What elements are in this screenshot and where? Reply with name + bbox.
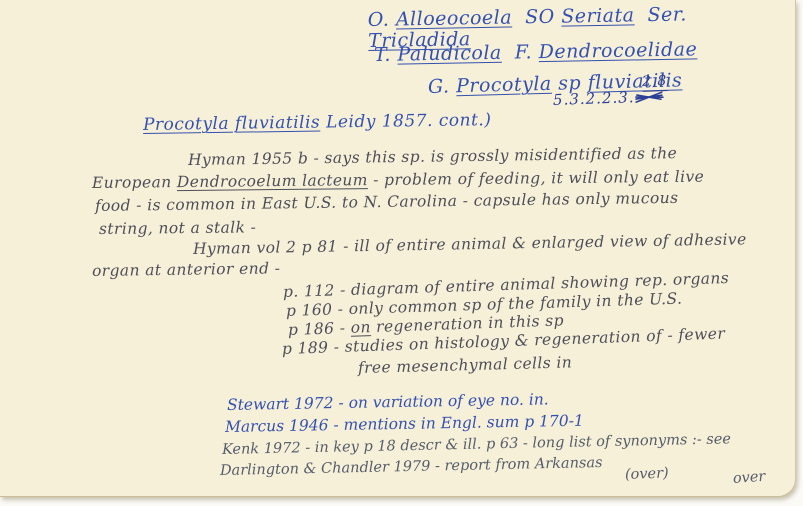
reference-line-marcus: Marcus 1946 - mentions in Engl. sum p 17…: [225, 413, 584, 436]
underlined-text: Seriata: [561, 4, 635, 27]
catalog-revision: 2,8: [642, 74, 668, 92]
note-line: Hyman 1955 b - says this sp. is grossly …: [188, 145, 677, 169]
underlined-text: Alloeocoela: [396, 6, 513, 30]
underlined-text: on: [350, 318, 371, 337]
note-line: free mesenchymal cells in: [358, 354, 573, 377]
taxonomy-tribe-line: T. Paludicola F. Dendrocoelidae: [374, 39, 698, 66]
note-line: string, not a stalk -: [99, 219, 256, 238]
underlined-text: Paludicola: [397, 42, 502, 66]
reference-line-darlington: Darlington & Chandler 1979 - report from…: [220, 456, 603, 480]
catalog-number-text: 5.3.2.2.3.: [553, 88, 635, 109]
scribble-strikethrough-icon: 2,8: [634, 89, 664, 104]
text-segment: Leidy 1857. cont.): [320, 110, 491, 132]
reference-line-kenk: Kenk 1972 - in key p 18 descr & ill. p 6…: [222, 432, 731, 459]
text-segment: European: [92, 173, 177, 192]
underlined-text: Dendrocoelum lacteum: [177, 171, 368, 191]
note-line: European Dendrocoelum lacteum - problem …: [92, 169, 704, 192]
index-card: O. Alloeocoela SO Seriata Ser. Tricladid…: [0, 0, 796, 497]
text-segment: T.: [374, 44, 398, 66]
underlined-text: Procotyla fluviatilis: [143, 113, 320, 135]
note-line: food - is common in East U.S. to N. Caro…: [95, 190, 679, 215]
text-segment: p 186 -: [288, 319, 351, 339]
underlined-text: Dendrocoelidae: [538, 38, 697, 63]
text-segment: Ser.: [634, 3, 693, 26]
card-title: Procotyla fluviatilis Leidy 1857. cont.): [143, 111, 492, 135]
catalog-number: 5.3.2.2.3.2,8: [553, 88, 665, 108]
text-segment: G.: [428, 75, 457, 98]
see-over-annotation: over: [732, 470, 765, 488]
text-segment: SO: [512, 6, 562, 29]
note-line: Hyman vol 2 p 81 - ill of entire animal …: [193, 231, 747, 258]
underlined-text: Procotyla: [456, 73, 552, 97]
reference-line-stewart: Stewart 1972 - on variation of eye no. i…: [227, 391, 549, 414]
text-segment: - problem of feeding, it will only eat l…: [368, 168, 704, 190]
text-segment: O.: [368, 9, 396, 31]
text-segment: F.: [502, 41, 539, 64]
paren-annotation: (over): [625, 466, 669, 483]
note-line: organ at anterior end -: [92, 260, 281, 280]
